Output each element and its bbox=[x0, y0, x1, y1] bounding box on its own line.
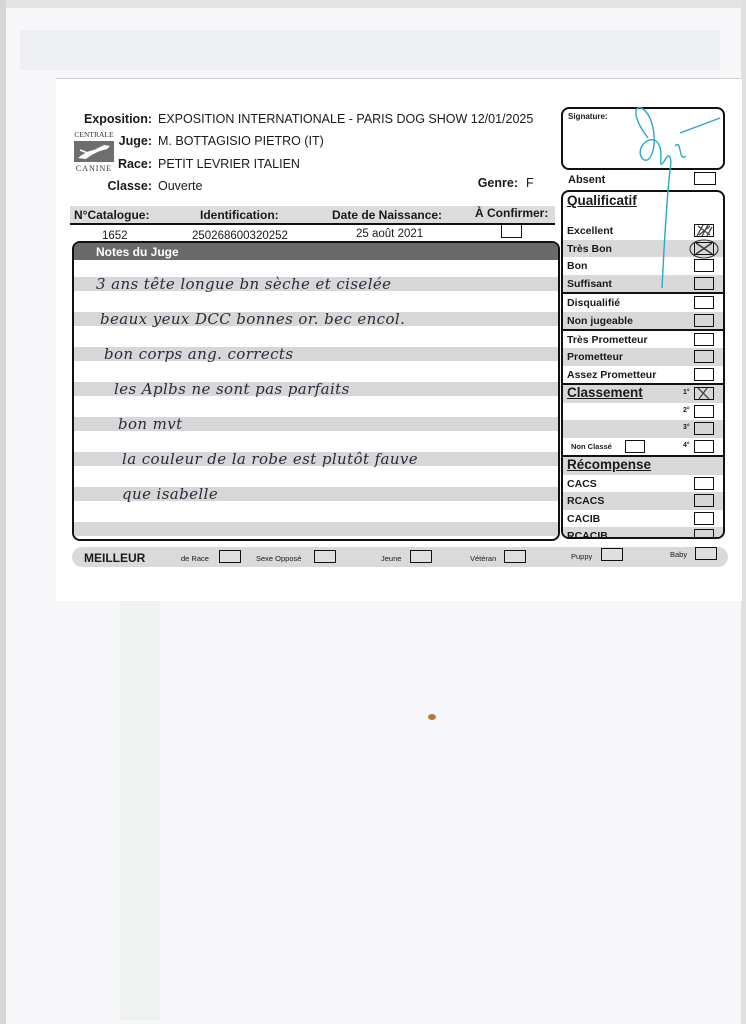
meilleur-jeune-checkbox[interactable] bbox=[410, 550, 432, 563]
meilleur-puppy-checkbox[interactable] bbox=[601, 548, 623, 561]
place-2-label: 2° bbox=[683, 407, 690, 414]
place-1-checkbox[interactable] bbox=[694, 387, 714, 400]
judge-notes-title: Notes du Juge bbox=[96, 245, 179, 259]
genre-label: Genre: bbox=[470, 176, 518, 190]
bleed-through bbox=[20, 30, 720, 70]
catalogue-header: N°Catalogue: Identification: Date de Nai… bbox=[70, 206, 555, 225]
cacs-checkbox[interactable] bbox=[694, 477, 714, 490]
recompense-title: Récompense bbox=[567, 457, 651, 472]
note-line: bon corps ang. corrects bbox=[104, 345, 293, 363]
meilleur-de-race-label: de Race bbox=[181, 554, 209, 563]
classement-row-2[interactable]: 2° bbox=[563, 403, 723, 421]
qualificatif-tres-prometteur[interactable]: Très Prometteur bbox=[563, 331, 723, 349]
meilleur-de-race-checkbox[interactable] bbox=[219, 550, 241, 563]
note-line: beaux yeux DCC bonnes or. bec encol. bbox=[100, 310, 405, 328]
genre-value: F bbox=[526, 176, 534, 190]
birth-date-value: 25 août 2021 bbox=[356, 228, 423, 240]
race-label: Race: bbox=[100, 157, 152, 171]
tres-prometteur-checkbox[interactable] bbox=[694, 333, 714, 346]
race-value: PETIT LEVRIER ITALIEN bbox=[158, 157, 300, 171]
note-line: les Aplbs ne sont pas parfaits bbox=[114, 380, 350, 398]
exposition-value: EXPOSITION INTERNATIONALE - PARIS DOG SH… bbox=[158, 112, 533, 126]
signature-ink bbox=[620, 98, 730, 298]
qualificatif-prometteur[interactable]: Prometteur bbox=[563, 348, 723, 366]
meilleur-sexe-oppose-checkbox[interactable] bbox=[314, 550, 336, 563]
meilleur-jeune-label: Jeune bbox=[381, 554, 401, 563]
recompense-rcacib[interactable]: RCACIB bbox=[563, 527, 723, 539]
meilleur-baby-label: Baby bbox=[670, 550, 687, 559]
meilleur-baby-checkbox[interactable] bbox=[695, 547, 717, 560]
classement-title: Classement bbox=[567, 385, 643, 400]
classe-value: Ouverte bbox=[158, 179, 202, 193]
classement-row-4[interactable]: Non Classé 4° bbox=[563, 438, 723, 456]
place-2-checkbox[interactable] bbox=[694, 405, 714, 418]
place-4-checkbox[interactable] bbox=[694, 440, 714, 453]
qualificatif-assez-prometteur[interactable]: Assez Prometteur bbox=[563, 366, 723, 384]
recompense-rcacs[interactable]: RCACS bbox=[563, 492, 723, 510]
place-4-label: 4° bbox=[683, 442, 690, 449]
ruled-stripe bbox=[74, 522, 558, 536]
meilleur-veteran-checkbox[interactable] bbox=[504, 550, 526, 563]
meilleur-title: MEILLEUR bbox=[84, 551, 145, 565]
absent-label: Absent bbox=[568, 174, 605, 186]
juge-label: Juge: bbox=[100, 134, 152, 148]
identification-header: Identification: bbox=[200, 208, 279, 222]
non-classe-label: Non Classé bbox=[571, 442, 612, 451]
place-3-checkbox[interactable] bbox=[694, 422, 714, 435]
rcacib-checkbox[interactable] bbox=[694, 529, 714, 539]
note-line: la couleur de la robe est plutôt fauve bbox=[122, 450, 418, 468]
classement-row-1[interactable]: Classement 1° bbox=[563, 385, 723, 403]
classe-label: Classe: bbox=[90, 179, 152, 193]
note-line: bon mvt bbox=[118, 415, 183, 433]
cacib-checkbox[interactable] bbox=[694, 512, 714, 525]
place-3-label: 3° bbox=[683, 424, 690, 431]
note-line: que isabelle bbox=[122, 485, 218, 503]
scan-edge-top bbox=[0, 0, 746, 8]
meilleur-veteran-label: Vétéran bbox=[470, 554, 496, 563]
juge-value: M. BOTTAGISIO PIETRO (IT) bbox=[158, 134, 324, 148]
catalogue-number-header: N°Catalogue: bbox=[74, 208, 149, 222]
non-jugeable-checkbox[interactable] bbox=[694, 314, 714, 327]
prometteur-checkbox[interactable] bbox=[694, 350, 714, 363]
paper-speck bbox=[428, 714, 436, 720]
to-confirm-checkbox[interactable] bbox=[501, 224, 522, 238]
rcacs-checkbox[interactable] bbox=[694, 494, 714, 507]
signature-label: Signature: bbox=[568, 112, 608, 121]
judge-notes-header: Notes du Juge bbox=[74, 243, 558, 260]
note-line: 3 ans tête longue bn sèche et ciselée bbox=[96, 275, 391, 293]
qualificatif-non-jugeable[interactable]: Non jugeable bbox=[563, 312, 723, 330]
recompense-cacs[interactable]: CACS bbox=[563, 475, 723, 493]
assez-prometteur-checkbox[interactable] bbox=[694, 368, 714, 381]
meilleur-puppy-label: Puppy bbox=[571, 552, 592, 561]
birth-date-header: Date de Naissance: bbox=[332, 208, 442, 222]
judge-notes-panel: Notes du Juge 3 ans tête longue bn sèche… bbox=[72, 241, 560, 541]
place-1-label: 1° bbox=[683, 389, 690, 396]
bleed-through bbox=[120, 600, 160, 1020]
to-confirm-header: À Confirmer: bbox=[475, 206, 548, 220]
recompense-header: Récompense bbox=[563, 457, 723, 475]
recompense-cacib[interactable]: CACIB bbox=[563, 510, 723, 528]
exposition-label: Exposition: bbox=[60, 112, 152, 126]
classement-row-3[interactable]: 3° bbox=[563, 420, 723, 438]
meilleur-sexe-oppose-label: Sexe Opposé bbox=[256, 554, 301, 563]
meilleur-bar: MEILLEUR de Race Sexe Opposé Jeune Vétér… bbox=[72, 547, 728, 567]
non-classe-checkbox[interactable] bbox=[625, 440, 645, 453]
